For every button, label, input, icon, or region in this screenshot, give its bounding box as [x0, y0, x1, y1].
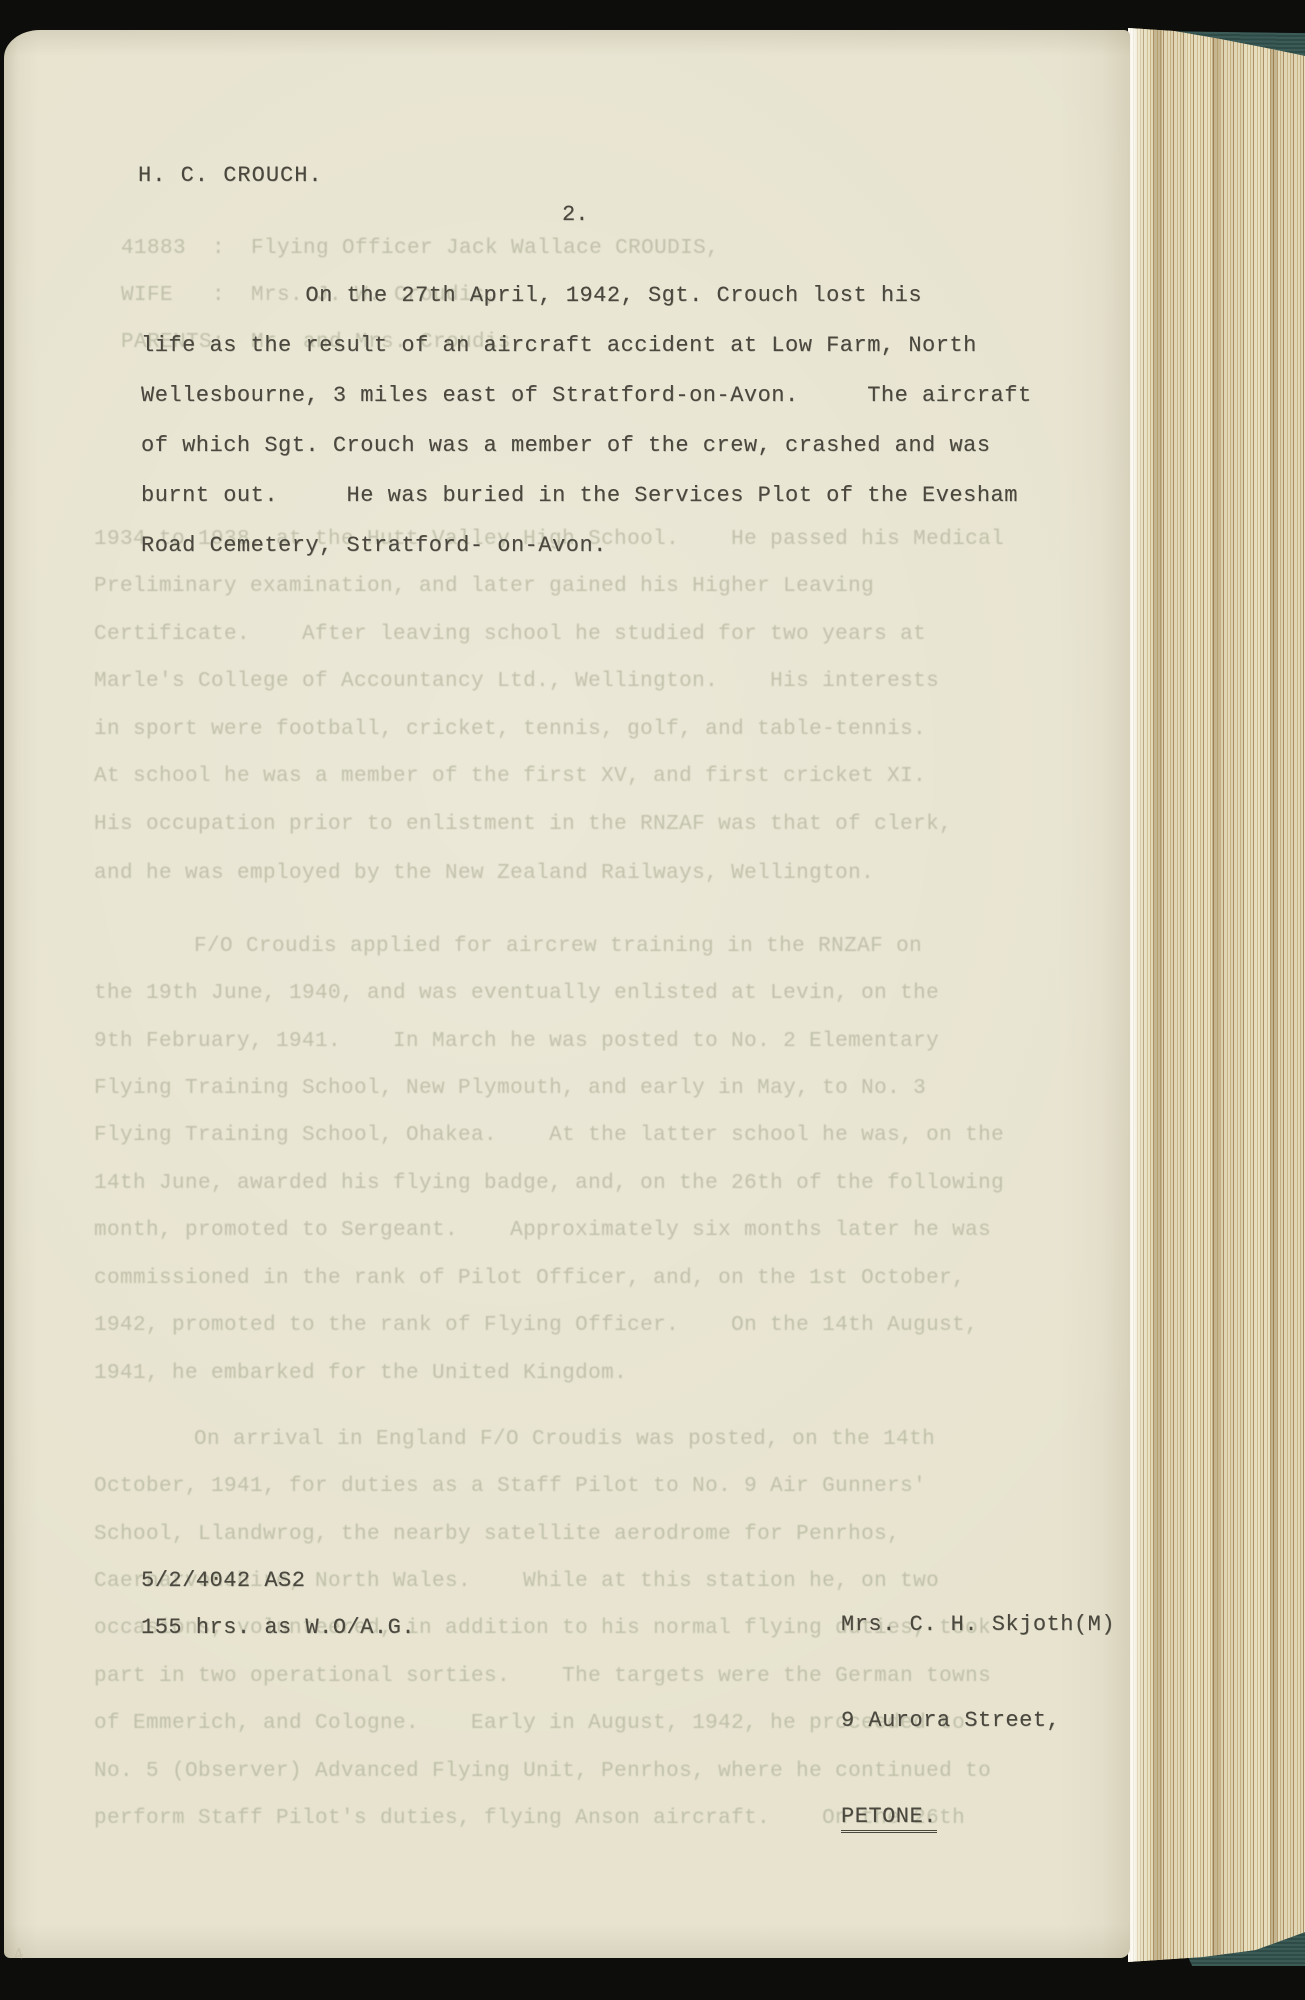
page-number: 2. [562, 202, 588, 227]
paragraph-line: On the 27th April, 1942, Sgt. Crouch los… [141, 283, 1032, 333]
next-of-kin-block: Mrs. C. H. Skjoth(M) 9 Aurora Street, PE… [841, 1562, 1115, 1900]
paragraph-line: life as the result of an aircraft accide… [141, 333, 1032, 383]
paragraph-line: Wellesbourne, 3 miles east of Stratford-… [141, 383, 1032, 433]
next-of-kin-city-line: PETONE. [841, 1804, 1115, 1850]
book-photo: 41883 : Flying Officer Jack Wallace CROU… [0, 0, 1305, 2000]
next-of-kin-name: Mrs. C. H. Skjoth(M) [841, 1612, 1115, 1658]
book-fore-edge-pages [1128, 28, 1305, 1962]
paragraph-line: burnt out. He was buried in the Services… [141, 483, 1032, 533]
casualty-name-heading: H. C. CROUCH. [138, 163, 323, 188]
paragraph-line: Road Cemetery, Stratford- on-Avon. [141, 533, 1032, 583]
flying-hours: 155 hrs. as W.O/A.G. [141, 1615, 415, 1640]
paragraph-line: of which Sgt. Crouch was a member of the… [141, 433, 1032, 483]
typed-text-layer: H. C. CROUCH. 2. On the 27th April, 1942… [4, 30, 1130, 1958]
document-page: 41883 : Flying Officer Jack Wallace CROU… [4, 30, 1130, 1958]
body-paragraph: On the 27th April, 1942, Sgt. Crouch los… [141, 283, 1032, 583]
next-of-kin-city: PETONE. [841, 1804, 937, 1833]
next-of-kin-street: 9 Aurora Street, [841, 1708, 1115, 1754]
file-reference: 5/2/4042 AS2 [141, 1568, 305, 1593]
